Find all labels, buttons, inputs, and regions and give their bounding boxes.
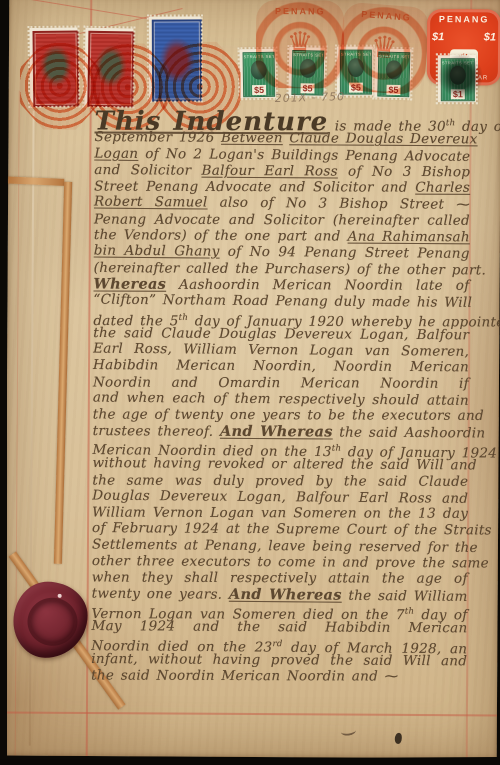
- margin-line-left: [15, 91, 20, 756]
- manuscript-line: Habibdin Merican Noordin, Noordin Merica…: [93, 357, 469, 376]
- duty-stamp-value-right: $1: [484, 31, 496, 43]
- crown-icon: ♛: [369, 30, 398, 67]
- penang-crown-cancel-icon: PENANG ♛: [256, 0, 345, 89]
- manuscript-line: William Vernon Logan van Someren on the …: [92, 505, 468, 523]
- binding-ribbon-horizontal: [8, 177, 64, 186]
- manuscript-line: the said Noordin Merican Noordin and ⁓: [91, 668, 467, 686]
- ink-blot: [395, 733, 402, 744]
- binding-ribbon-vertical: [54, 182, 72, 564]
- manuscript-line: Settlements at Penang, leave being reser…: [92, 536, 468, 556]
- manuscript-line: dated the 5th day of January 1920 whereb…: [93, 309, 469, 327]
- penang-crown-cancel-icon: PENANG ♛: [338, 2, 430, 96]
- document-page: This Indenture is made the 30th day ofSe…: [5, 0, 500, 758]
- manuscript-line: “Clifton” Northam Road Penang duly made …: [93, 292, 469, 312]
- cancel-label: PENANG: [343, 8, 430, 24]
- manuscript-line: Logan of No 2 Logan's Buildings Penang A…: [94, 145, 470, 165]
- king-portrait-icon: STRAITS SETTLEMENTS $1: [441, 58, 475, 101]
- pencil-annotation: 201X - 750: [275, 89, 385, 105]
- manuscript-line: when they shall respectively attain the …: [92, 570, 468, 588]
- duty-stamp-title: PENANG: [427, 14, 500, 24]
- manuscript-line: the age of twenty one years to be the ex…: [93, 407, 469, 425]
- manuscript-line: Penang Advocate and Solicitor (hereinaft…: [94, 211, 470, 229]
- crown-icon: ♛: [286, 26, 313, 61]
- stamp-value: $5: [252, 85, 266, 95]
- manuscript-line: Robert Samuel also of No 3 Bishop Street…: [94, 194, 470, 214]
- manuscript-line: Earl Ross, William Vernon Logan van Some…: [93, 341, 469, 361]
- revenue-stamp-green-1dollar: STRAITS SETTLEMENTS $1: [438, 55, 476, 102]
- manuscript-line: Vernon Logan van Someren died on the 7th…: [92, 602, 468, 620]
- manuscript-line: This Indenture is made the 30th day of: [95, 114, 471, 132]
- ink-smudge: [340, 726, 356, 737]
- ink-cancel-icon: [438, 53, 484, 99]
- scan-edge-bottom: [0, 757, 500, 765]
- footer-rule-line: [5, 711, 497, 716]
- manuscript-line: the same was duly proved by the said Cla…: [92, 472, 468, 490]
- manuscript-line: Noordin died on the 23rd day of March 19…: [91, 634, 467, 654]
- manuscript-text: This Indenture is made the 30th day ofSe…: [91, 113, 470, 686]
- manuscript-line: Merican Noordin died on the 13th day of …: [93, 438, 469, 458]
- duty-stamp-value-left: $1: [432, 31, 444, 43]
- scan-edge-left: [0, 0, 7, 765]
- cancel-label: PENANG: [256, 6, 344, 17]
